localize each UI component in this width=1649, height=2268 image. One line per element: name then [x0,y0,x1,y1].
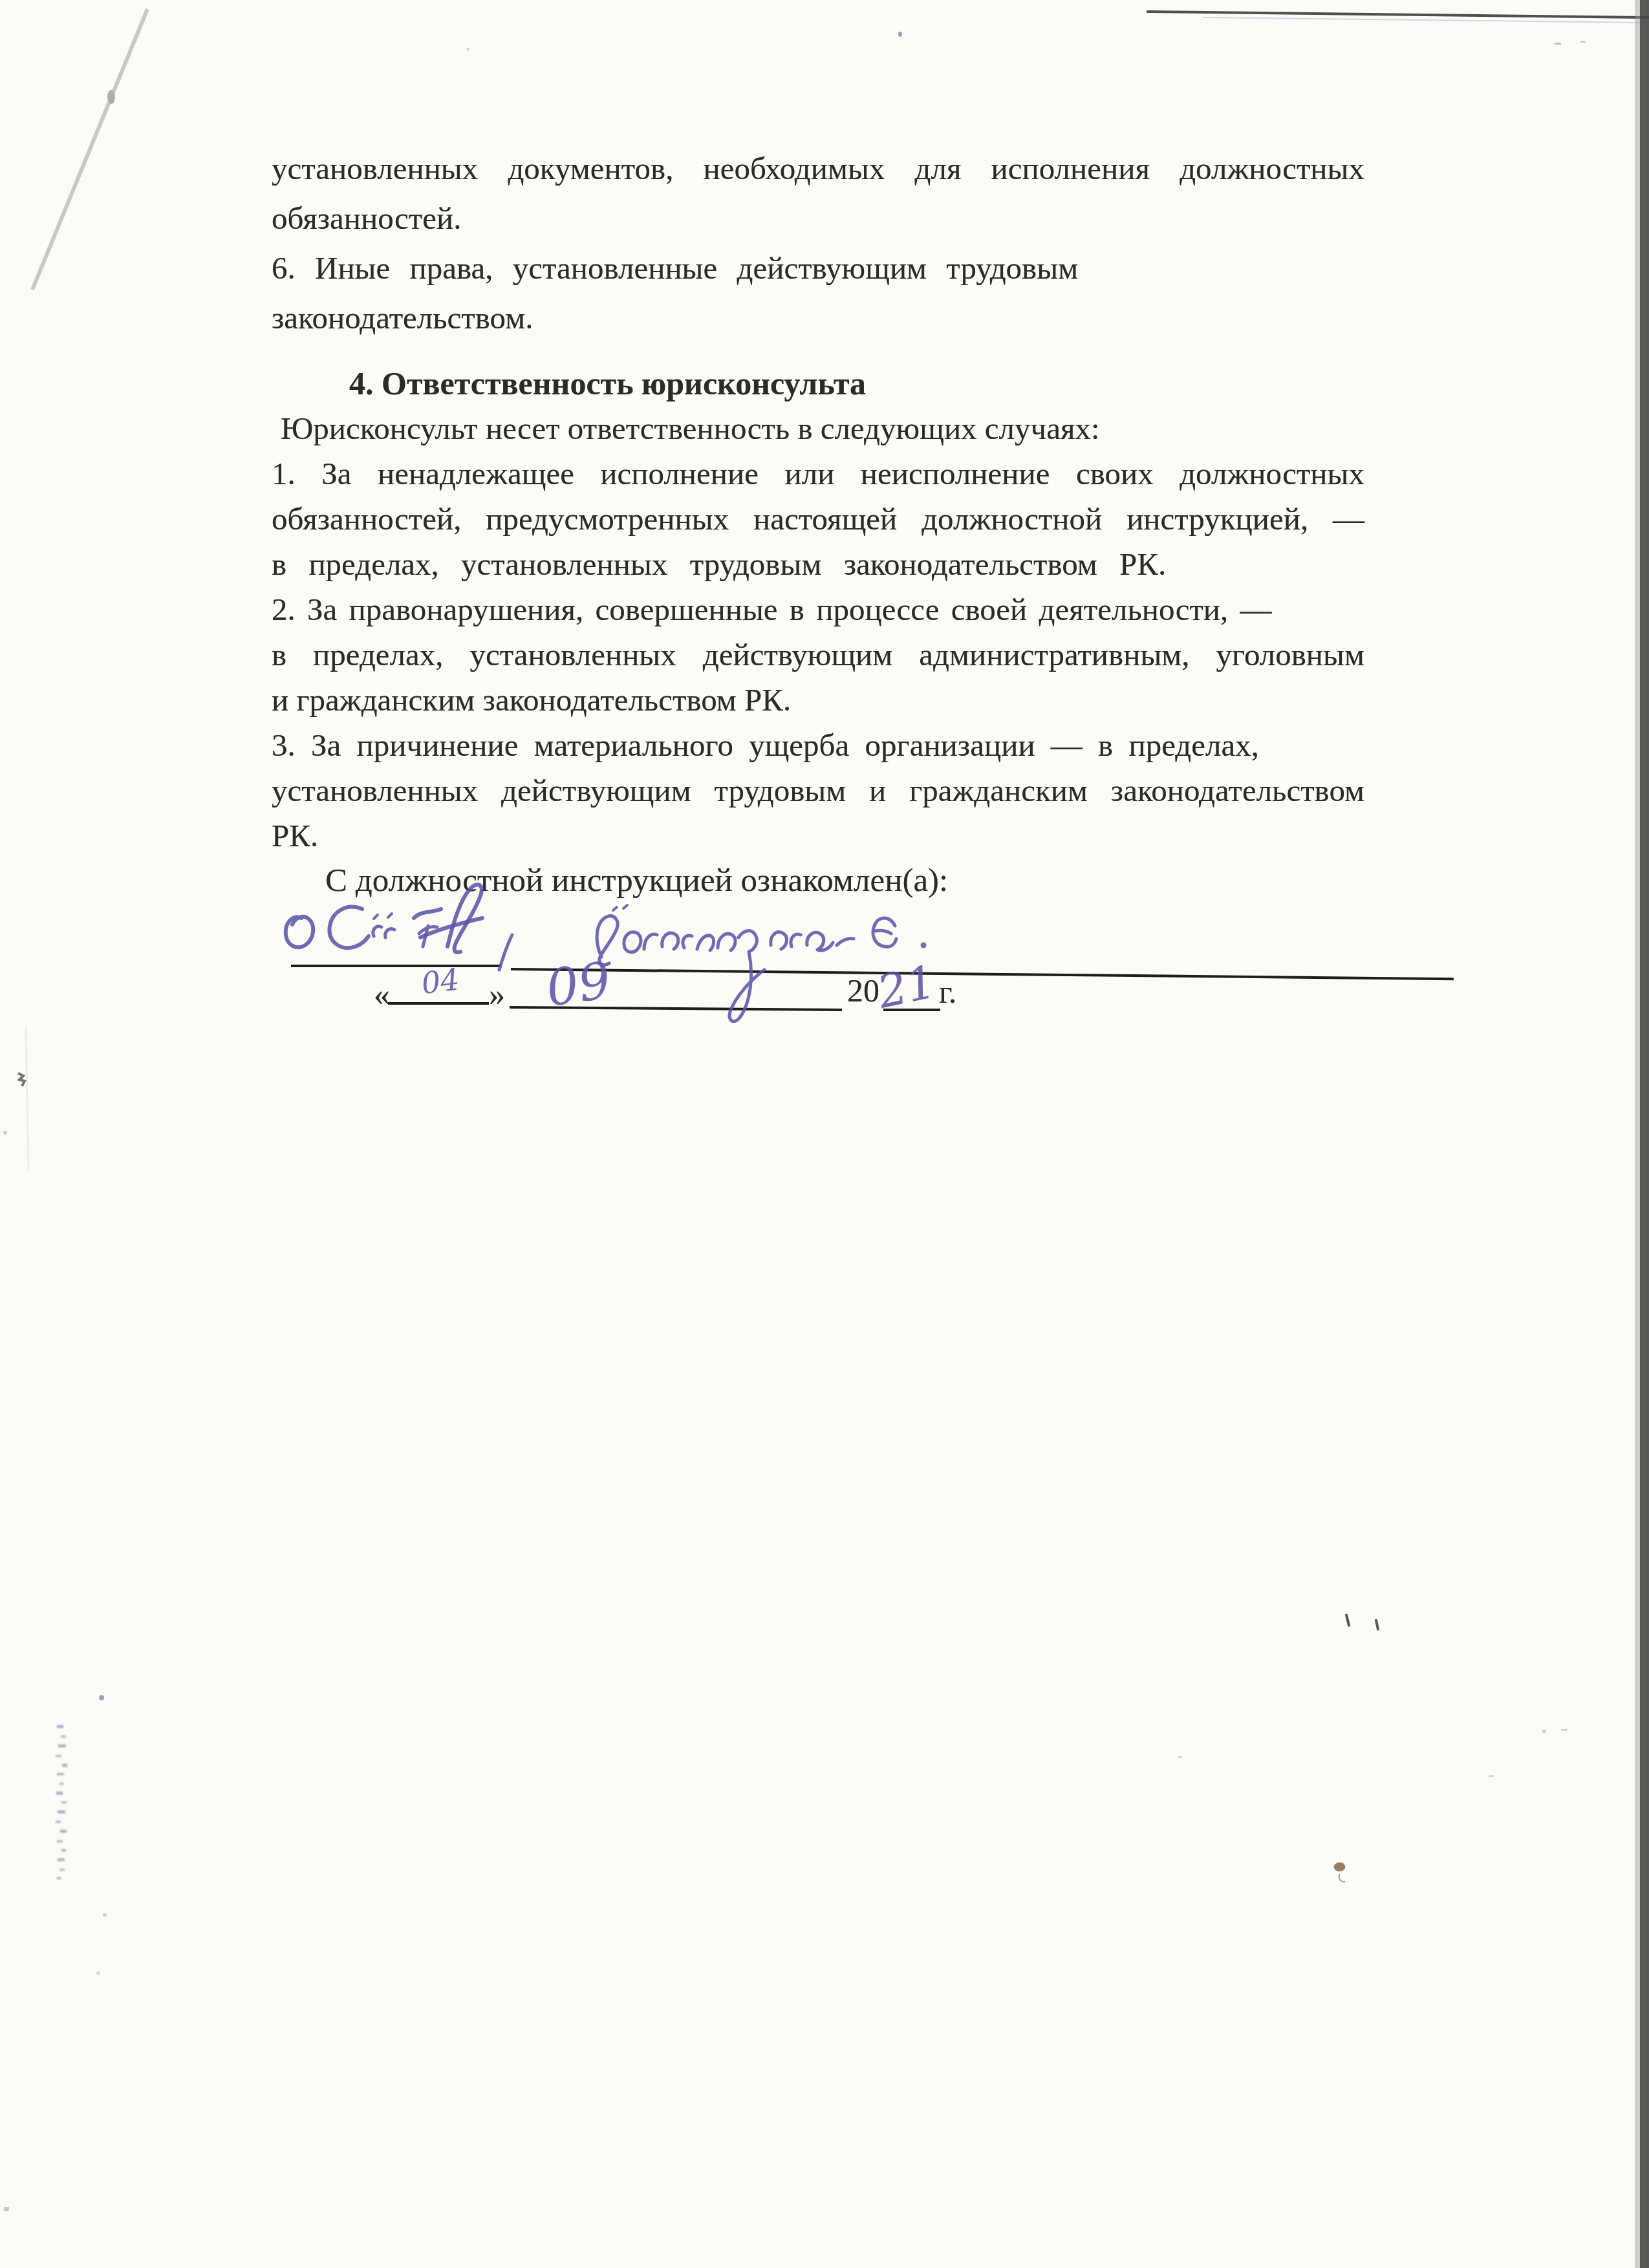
day-underline [388,1002,489,1005]
text-line: 6. Иные права, установленные действующим… [272,243,1364,293]
text-line: законодательством. [272,293,1364,343]
bleedthrough-strip [56,1725,67,1879]
year-prefix: 20 [847,972,879,1009]
top-edge-artifact [1147,12,1649,23]
right-edge-artifact [1635,0,1649,2268]
paragraph-block-top: установленных документов, необходимых дл… [272,144,1364,343]
slash-stroke [499,935,512,970]
text-line: обязанностей, предусмотренных настоящей … [272,497,1364,542]
quote-open: « [374,976,390,1012]
handwritten-day: 04 [420,961,462,1001]
month-underline [510,1006,842,1011]
acknowledgment-label: С должностной инструкцией ознакомлен(а): [325,861,948,900]
year-underline [883,1009,940,1011]
text-line: и гражданским законодательством РК. [272,678,1364,723]
crease-artifact [32,9,147,290]
text-line: установленных документов, необходимых дл… [272,144,1364,193]
document-text-column: установленных документов, необходимых дл… [272,144,1364,859]
text-line: в пределах, установленных действующим ад… [272,632,1364,678]
paragraph-block-responsibility: Юрисконсульт несет ответственность в сле… [272,406,1364,859]
text-line: установленных действующим трудовым и гра… [272,768,1364,813]
scanned-document-page: установленных документов, необходимых дл… [0,0,1649,2268]
quote-close: » [489,976,505,1012]
section-heading: 4. Ответственность юрисконсульта [349,361,1364,406]
text-line: 3. За причинение материального ущерба ор… [272,723,1364,768]
text-line: РК. [272,813,1364,859]
text-line: 2. За правонарушения, совершенные в проц… [272,587,1364,632]
text-line: 1. За ненадлежащее исполнение или неиспо… [272,451,1364,497]
text-line: Юрисконсульт несет ответственность в сле… [272,406,1364,451]
name-rule [511,968,1454,980]
year-suffix-label: г. [939,974,956,1010]
text-line: обязанностей. [272,193,1364,243]
signature-rule [291,965,501,967]
text-line: в пределах, установленных трудовым закон… [272,542,1364,587]
